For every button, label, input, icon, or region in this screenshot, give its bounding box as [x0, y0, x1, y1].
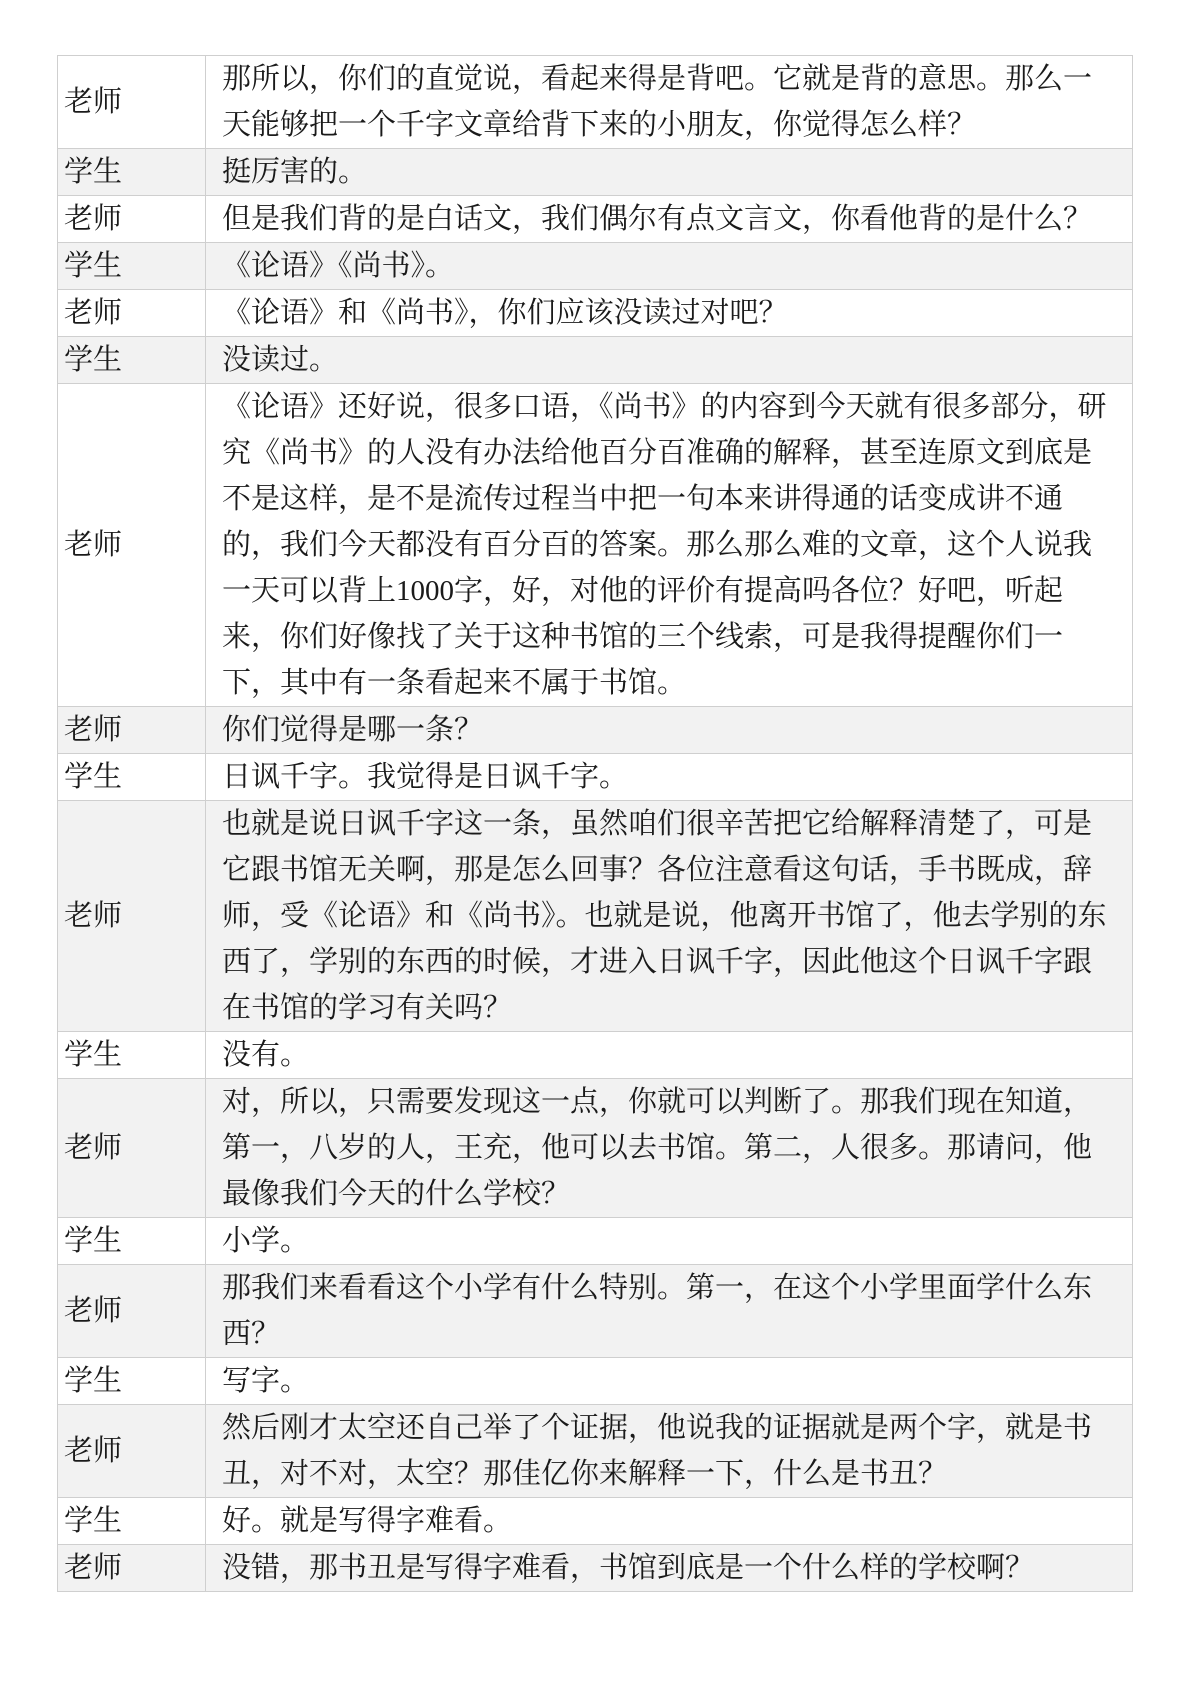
content-cell: 然后刚才太空还自己举了个证据，他说我的证据就是两个字，就是书丑，对不对，太空？那… [206, 1405, 1133, 1498]
speaker-cell: 老师 [58, 1545, 206, 1592]
table-row: 老师 那我们来看看这个小学有什么特别。第一，在这个小学里面学什么东西？ [58, 1265, 1133, 1358]
speaker-cell: 学生 [58, 1358, 206, 1405]
speaker-cell: 学生 [58, 337, 206, 384]
speaker-cell: 老师 [58, 1265, 206, 1358]
document-page: 老师 那所以，你们的直觉说，看起来得是背吧。它就是背的意思。那么一天能够把一个千… [0, 0, 1190, 1683]
table-row: 学生 挺厉害的。 [58, 149, 1133, 196]
table-row: 学生 小学。 [58, 1218, 1133, 1265]
content-cell: 没有。 [206, 1032, 1133, 1079]
table-row: 老师 你们觉得是哪一条？ [58, 707, 1133, 754]
content-cell: 没错，那书丑是写得字难看，书馆到底是一个什么样的学校啊？ [206, 1545, 1133, 1592]
table-row: 老师 对，所以，只需要发现这一点，你就可以判断了。那我们现在知道，第一，八岁的人… [58, 1079, 1133, 1218]
content-cell: 那我们来看看这个小学有什么特别。第一，在这个小学里面学什么东西？ [206, 1265, 1133, 1358]
content-cell: 《论语》《尚书》。 [206, 243, 1133, 290]
content-cell: 日讽千字。我觉得是日讽千字。 [206, 754, 1133, 801]
content-cell: 但是我们背的是白话文，我们偶尔有点文言文，你看他背的是什么？ [206, 196, 1133, 243]
speaker-cell: 学生 [58, 149, 206, 196]
table-row: 老师 那所以，你们的直觉说，看起来得是背吧。它就是背的意思。那么一天能够把一个千… [58, 56, 1133, 149]
table-row: 学生 没读过。 [58, 337, 1133, 384]
speaker-cell: 老师 [58, 1079, 206, 1218]
table-row: 老师 没错，那书丑是写得字难看，书馆到底是一个什么样的学校啊？ [58, 1545, 1133, 1592]
transcript-table: 老师 那所以，你们的直觉说，看起来得是背吧。它就是背的意思。那么一天能够把一个千… [57, 55, 1133, 1592]
table-row: 学生 写字。 [58, 1358, 1133, 1405]
table-row: 老师 但是我们背的是白话文，我们偶尔有点文言文，你看他背的是什么？ [58, 196, 1133, 243]
table-row: 老师 《论语》和《尚书》，你们应该没读过对吧？ [58, 290, 1133, 337]
speaker-cell: 老师 [58, 196, 206, 243]
table-row: 老师 《论语》还好说，很多口语，《尚书》的内容到今天就有很多部分，研究《尚书》的… [58, 384, 1133, 707]
speaker-cell: 学生 [58, 243, 206, 290]
speaker-cell: 老师 [58, 290, 206, 337]
content-cell: 小学。 [206, 1218, 1133, 1265]
content-cell: 对，所以，只需要发现这一点，你就可以判断了。那我们现在知道，第一，八岁的人，王充… [206, 1079, 1133, 1218]
speaker-cell: 学生 [58, 1498, 206, 1545]
table-row: 老师 然后刚才太空还自己举了个证据，他说我的证据就是两个字，就是书丑，对不对，太… [58, 1405, 1133, 1498]
transcript-body: 老师 那所以，你们的直觉说，看起来得是背吧。它就是背的意思。那么一天能够把一个千… [58, 56, 1133, 1592]
content-cell: 写字。 [206, 1358, 1133, 1405]
table-row: 学生 没有。 [58, 1032, 1133, 1079]
speaker-cell: 老师 [58, 56, 206, 149]
speaker-cell: 老师 [58, 384, 206, 707]
speaker-cell: 学生 [58, 1032, 206, 1079]
content-cell: 《论语》和《尚书》，你们应该没读过对吧？ [206, 290, 1133, 337]
content-cell: 也就是说日讽千字这一条，虽然咱们很辛苦把它给解释清楚了，可是它跟书馆无关啊，那是… [206, 801, 1133, 1032]
content-cell: 《论语》还好说，很多口语，《尚书》的内容到今天就有很多部分，研究《尚书》的人没有… [206, 384, 1133, 707]
content-cell: 好。就是写得字难看。 [206, 1498, 1133, 1545]
content-cell: 没读过。 [206, 337, 1133, 384]
table-row: 学生 《论语》《尚书》。 [58, 243, 1133, 290]
content-cell: 挺厉害的。 [206, 149, 1133, 196]
table-row: 学生 日讽千字。我觉得是日讽千字。 [58, 754, 1133, 801]
speaker-cell: 学生 [58, 754, 206, 801]
table-row: 学生 好。就是写得字难看。 [58, 1498, 1133, 1545]
speaker-cell: 老师 [58, 801, 206, 1032]
page: { "colors": { "page_bg": "#ffffff", "row… [0, 0, 1190, 1683]
content-cell: 那所以，你们的直觉说，看起来得是背吧。它就是背的意思。那么一天能够把一个千字文章… [206, 56, 1133, 149]
content-cell: 你们觉得是哪一条？ [206, 707, 1133, 754]
table-row: 老师 也就是说日讽千字这一条，虽然咱们很辛苦把它给解释清楚了，可是它跟书馆无关啊… [58, 801, 1133, 1032]
speaker-cell: 老师 [58, 707, 206, 754]
speaker-cell: 学生 [58, 1218, 206, 1265]
speaker-cell: 老师 [58, 1405, 206, 1498]
